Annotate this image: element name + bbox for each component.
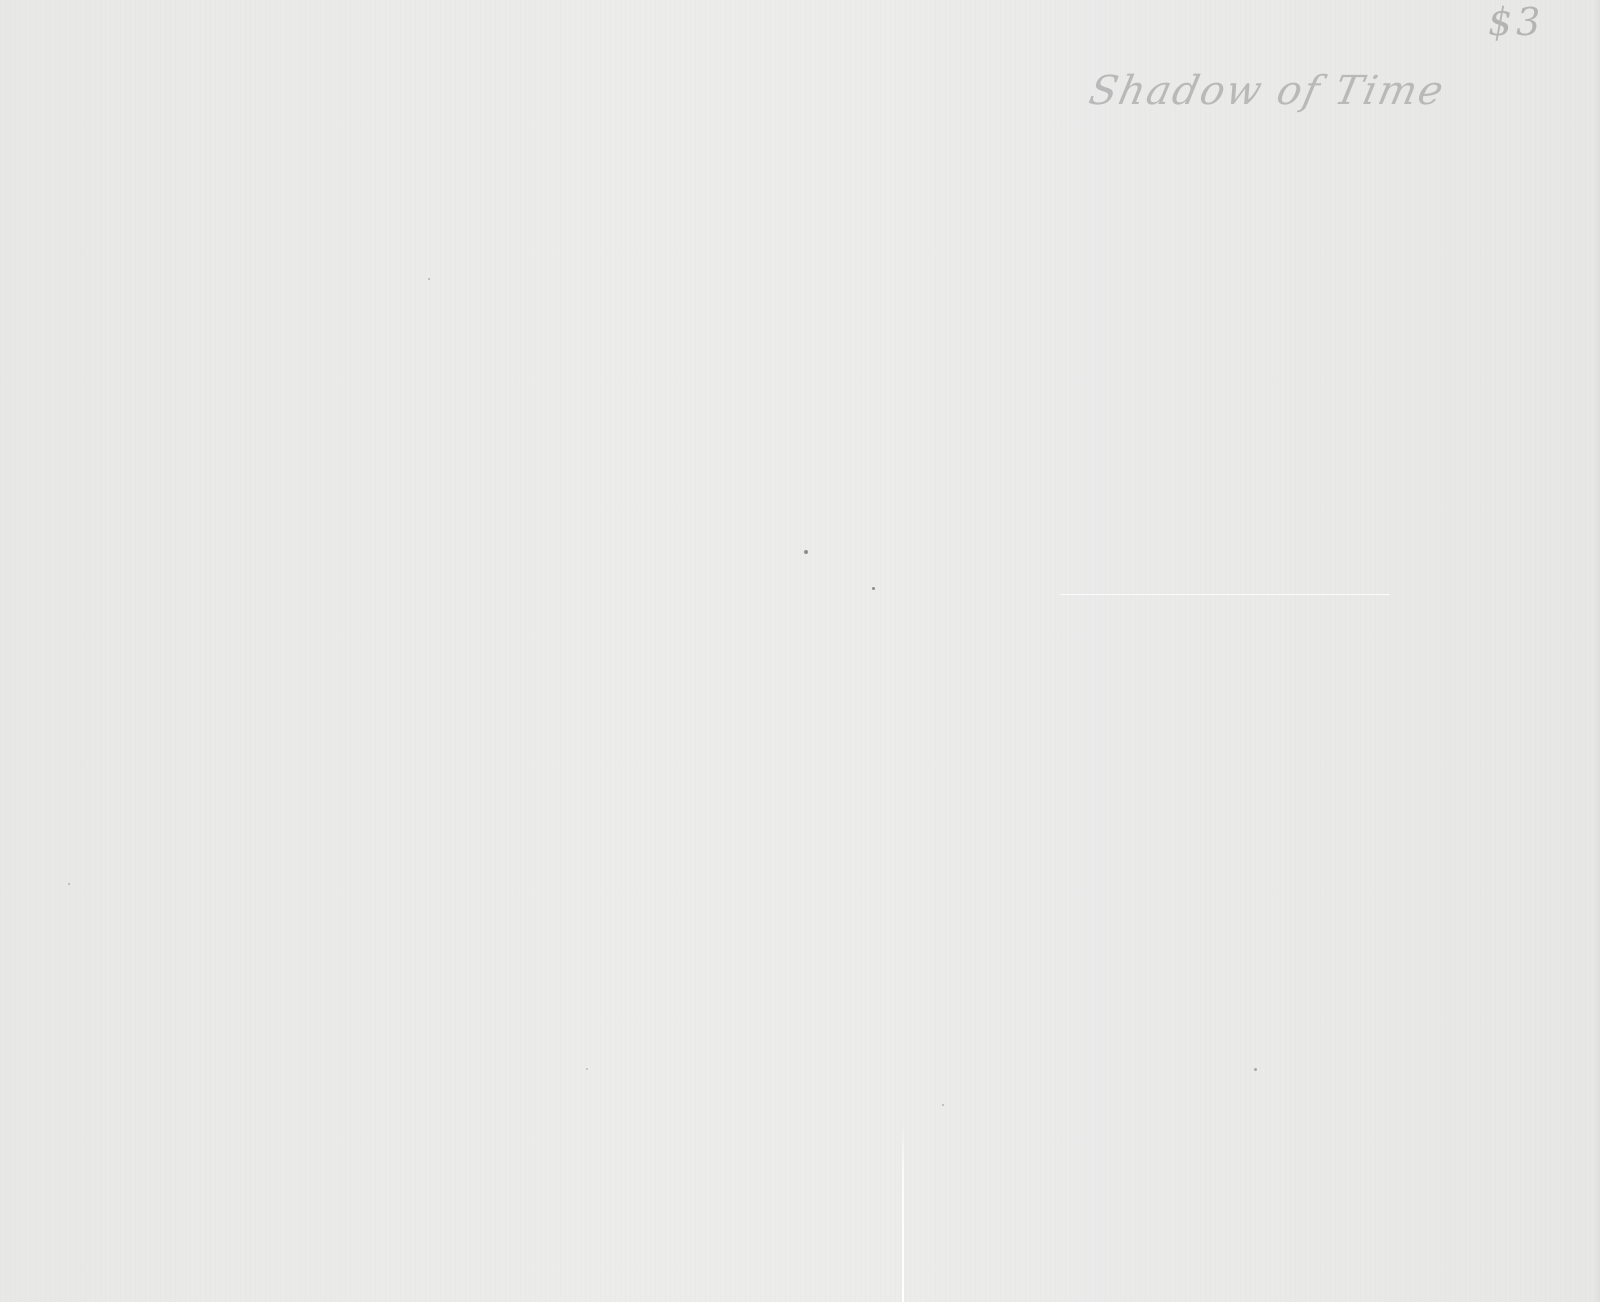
- handwritten-title: Shadow of Time: [1085, 68, 1449, 114]
- speck-mark: [68, 883, 70, 885]
- handwritten-price: $3: [1488, 0, 1544, 44]
- paper-scratch: [1060, 594, 1390, 595]
- speck-mark: [428, 278, 430, 280]
- speck-mark: [586, 1068, 588, 1070]
- speck-mark: [872, 587, 875, 590]
- paper-crease: [902, 1120, 904, 1302]
- paper-sheet: [0, 0, 1600, 1302]
- speck-mark: [942, 1104, 944, 1106]
- speck-mark: [1254, 1068, 1257, 1071]
- speck-mark: [804, 550, 808, 554]
- paper-edge: [1594, 0, 1600, 1302]
